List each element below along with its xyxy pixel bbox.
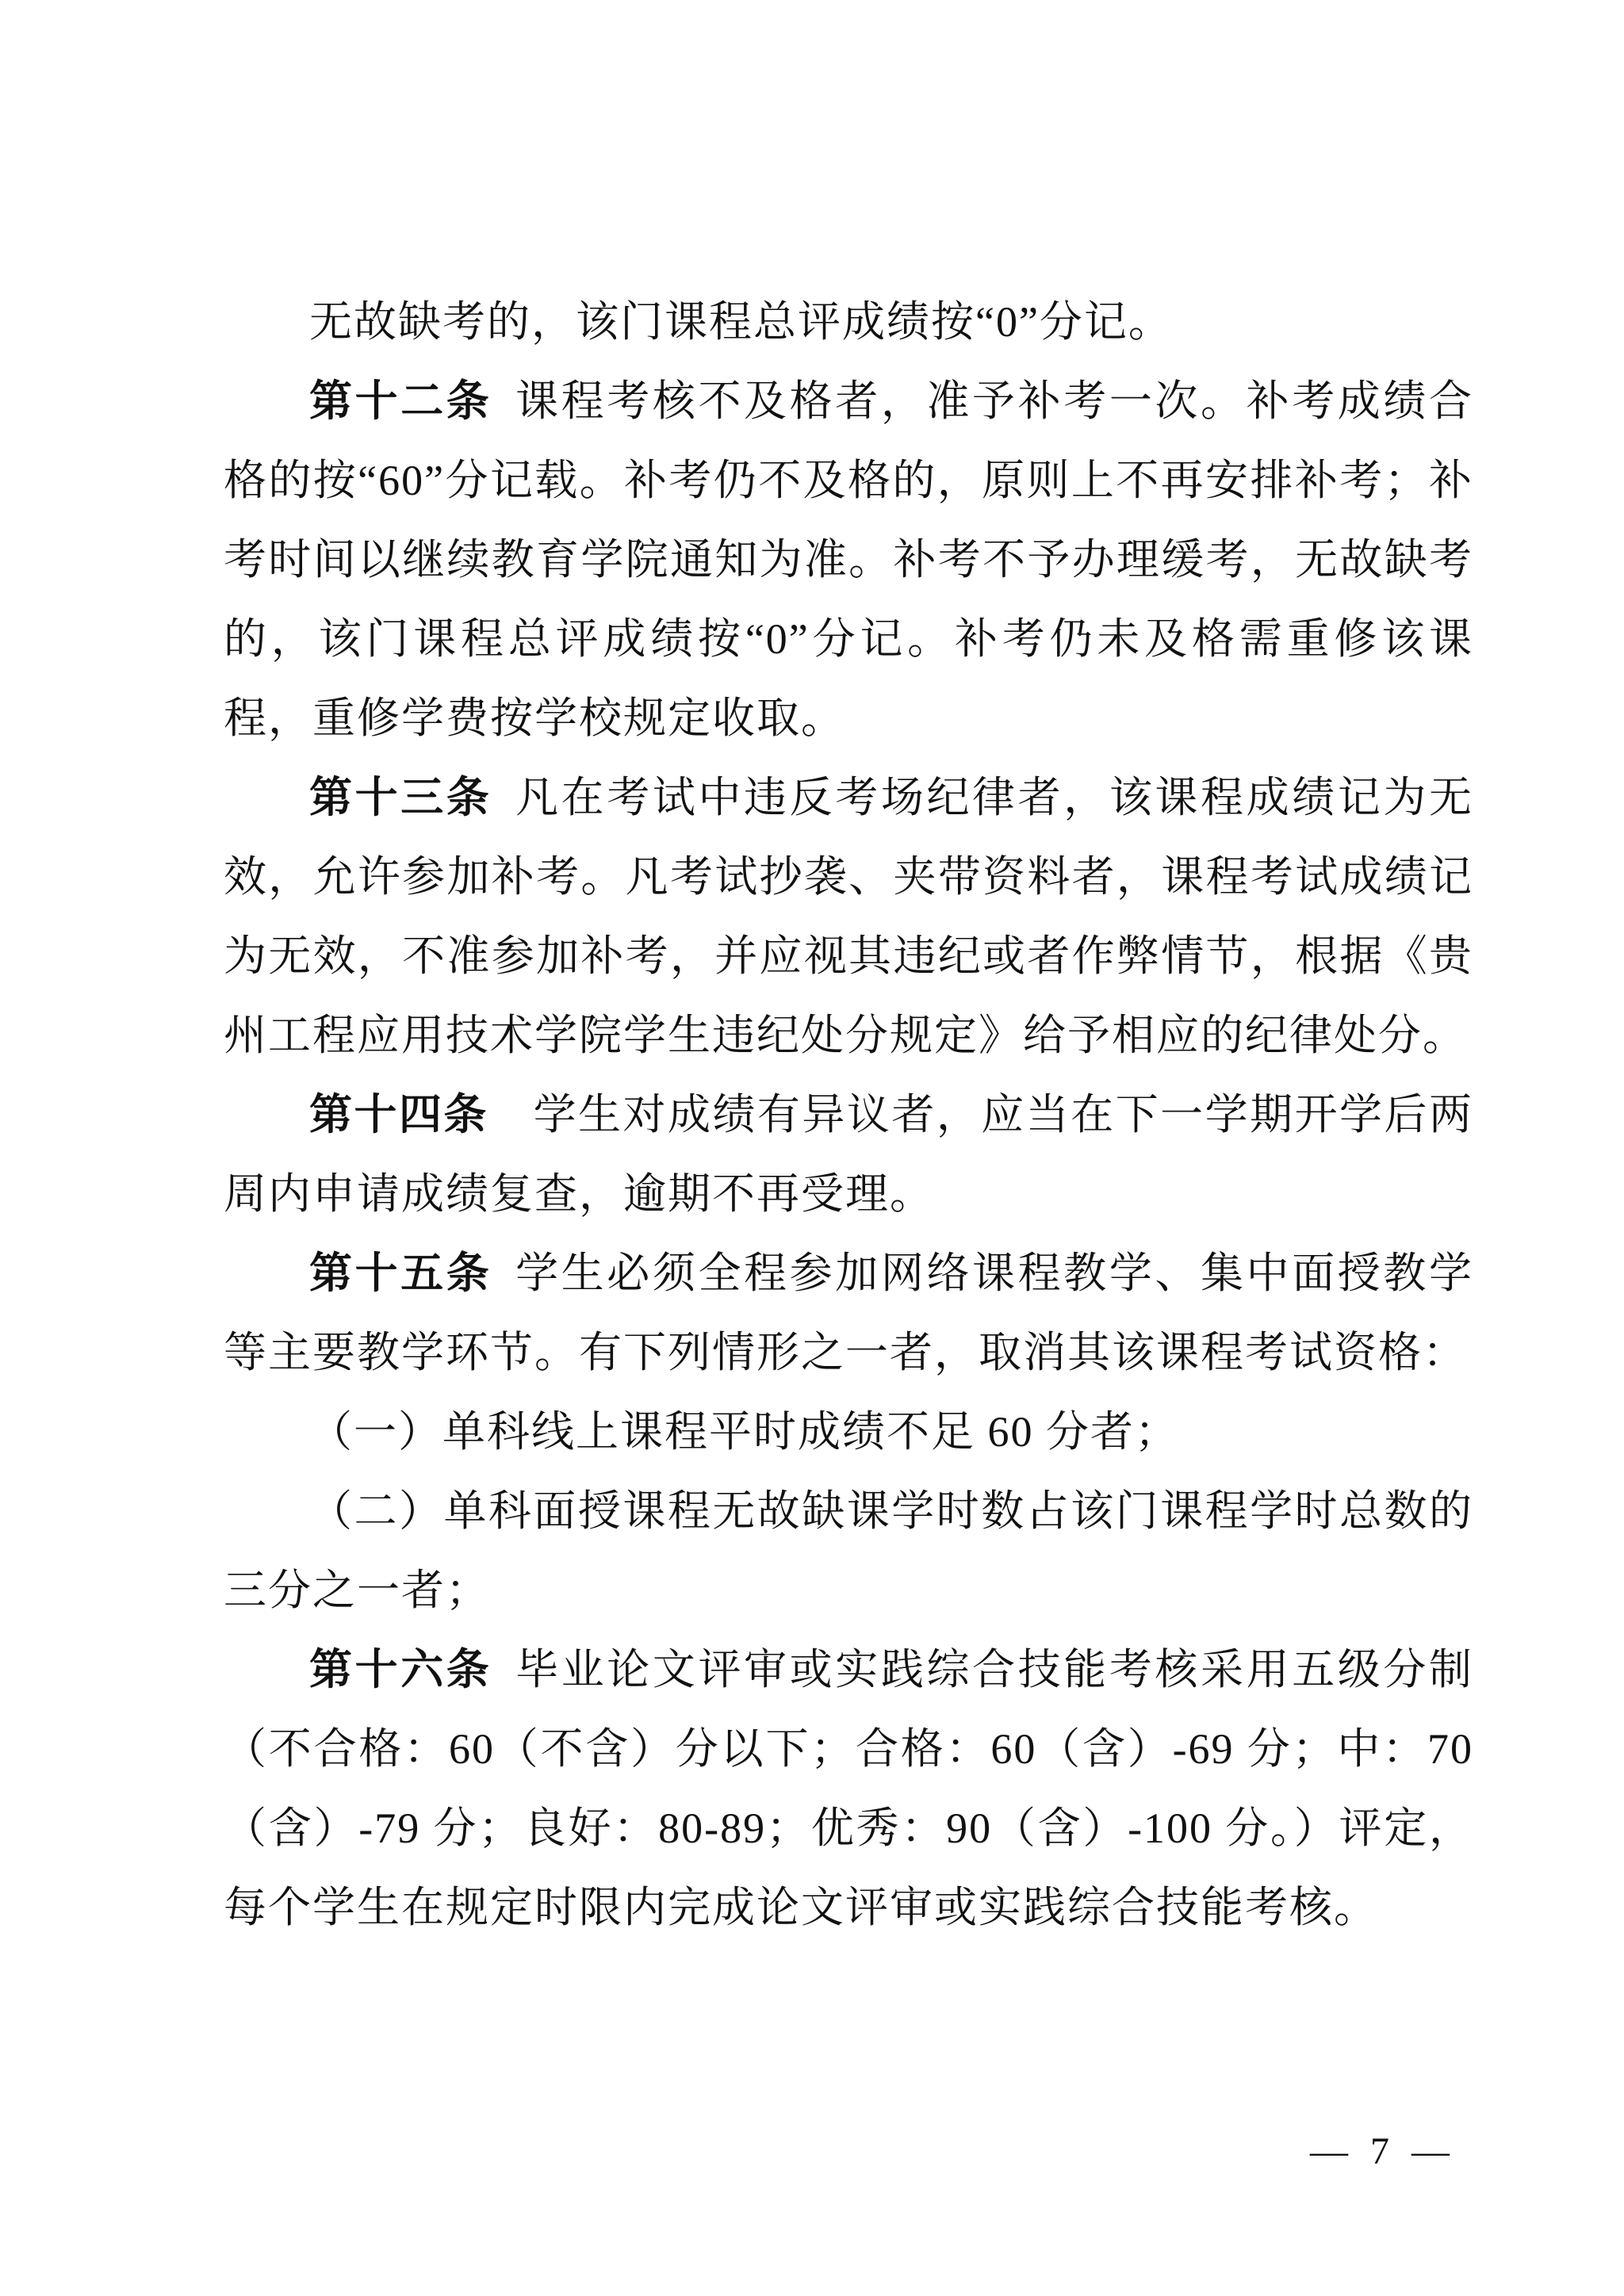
list-item-1: （一）单科线上课程平时成绩不足 60 分者； (224, 1392, 1473, 1471)
document-body: 无故缺考的，该门课程总评成绩按“0”分记。 第十二条课程考核不及格者，准予补考一… (224, 282, 1473, 1947)
document-page: 无故缺考的，该门课程总评成绩按“0”分记。 第十二条课程考核不及格者，准予补考一… (0, 0, 1624, 2296)
paragraph-text: 无故缺考的，该门课程总评成绩按“0”分记。 (309, 298, 1173, 346)
article-13-number: 第十三条 (309, 774, 492, 821)
article-15-number: 第十五条 (309, 1249, 492, 1297)
article-12-number: 第十二条 (309, 377, 492, 425)
article-16-paragraph: 第十六条毕业论文评审或实践综合技能考核采用五级分制（不合格：60（不含）分以下；… (224, 1630, 1473, 1947)
paragraph-text: 课程考核不及格者，准予补考一次。补考成绩合格的按“60”分记载。补考仍不及格的，… (224, 377, 1473, 742)
article-14-number: 第十四条 (309, 1091, 488, 1138)
article-14-paragraph: 第十四条学生对成绩有异议者，应当在下一学期开学后两周内申请成绩复查，逾期不再受理… (224, 1075, 1473, 1234)
article-16-number: 第十六条 (309, 1646, 492, 1693)
article-12-paragraph: 第十二条课程考核不及格者，准予补考一次。补考成绩合格的按“60”分记载。补考仍不… (224, 362, 1473, 758)
continued-paragraph: 无故缺考的，该门课程总评成绩按“0”分记。 (224, 282, 1473, 362)
article-13-paragraph: 第十三条凡在考试中违反考场纪律者，该课程成绩记为无效，允许参加补考。凡考试抄袭、… (224, 758, 1473, 1075)
page-number: — 7 — (1310, 2131, 1456, 2172)
article-15-paragraph: 第十五条学生必须全程参加网络课程教学、集中面授教学等主要教学环节。有下列情形之一… (224, 1234, 1473, 1392)
list-item-2: （二）单科面授课程无故缺课学时数占该门课程学时总数的三分之一者； (224, 1471, 1473, 1630)
paragraph-text: （一）单科线上课程平时成绩不足 60 分者； (309, 1408, 1179, 1456)
paragraph-text: （二）单科面授课程无故缺课学时数占该门课程学时总数的三分之一者； (224, 1487, 1473, 1614)
